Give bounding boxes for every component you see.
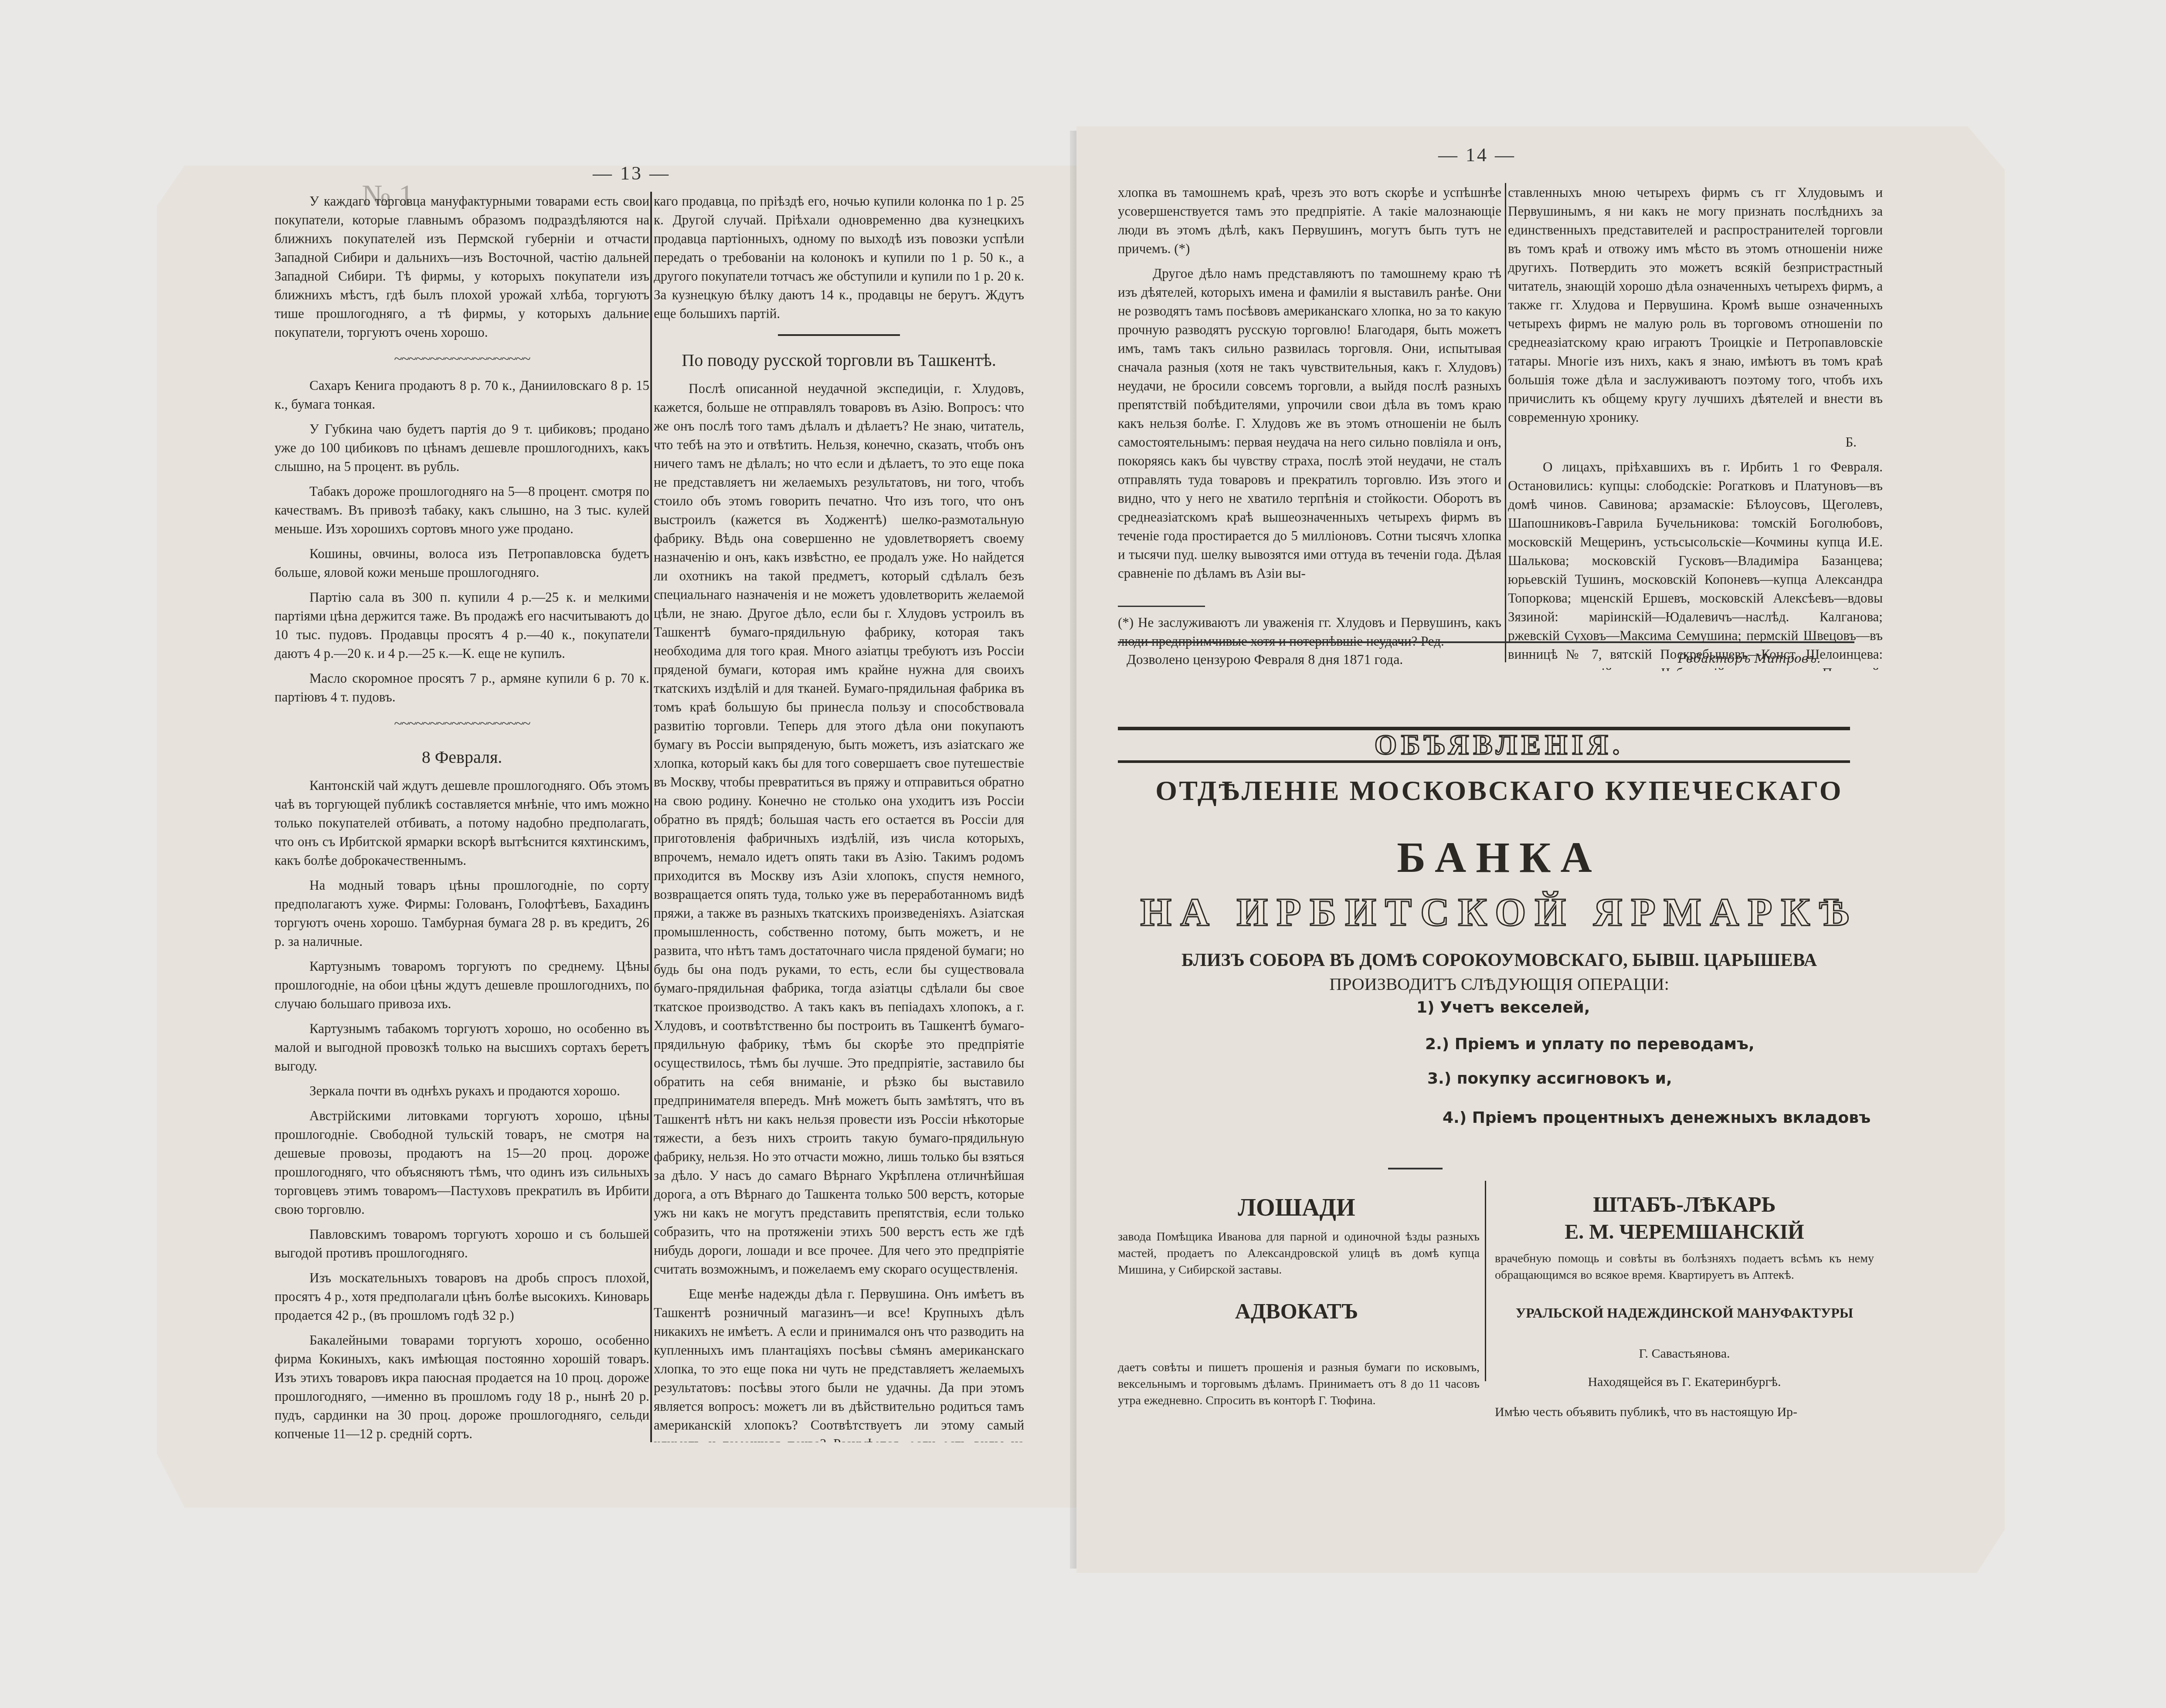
bank-title-line2: БАНКА — [1116, 832, 1883, 882]
article-paragraph: Масло скоромное просятъ 7 р., армяне куп… — [275, 669, 649, 706]
arrivals-list: О лицахъ, пріѣхавшихъ въ г. Ирбить 1 го … — [1508, 457, 1883, 671]
page13-column-2: каго продавца, по пріѣздѣ его, ночью куп… — [654, 192, 1024, 1442]
article-paragraph: Кантонскій чай ждутъ дешевле прошлогодня… — [275, 776, 649, 870]
bank-operations-heading: ПРОИЗВОДИТЪ СЛѢДУЮЩІЯ ОПЕРАЦІИ: — [1116, 974, 1883, 994]
manufactory-ad-title: УРАЛЬСКОЙ НАДЕЖДИНСКОЙ МАНУФАКТУРЫ — [1488, 1305, 1881, 1321]
article-paragraph: ставленныхъ мною четырехъ фирмъ съ гг Хл… — [1508, 183, 1883, 427]
column-rule — [1505, 183, 1506, 662]
bank-operation-2: 2.) Пріемъ и уплату по переводамъ, — [1425, 1035, 1755, 1053]
column-rule — [650, 192, 652, 1442]
article-paragraph: Еще менѣе надежды дѣла г. Первушина. Онъ… — [654, 1284, 1024, 1442]
horses-ad-title: ЛОШАДИ — [1118, 1194, 1475, 1222]
bank-operation-3: 3.) покупку ассигновокъ и, — [1427, 1070, 1672, 1088]
article-paragraph: Партію сала въ 300 п. купили 4 р.—25 к. … — [275, 588, 649, 663]
bank-title-line3: НА ИРБИТСКОЙ ЯРМАРКѢ — [1116, 889, 1883, 935]
section-heading-date: 8 Февраля. — [275, 748, 649, 766]
article-paragraph: Картузнымъ табакомъ торгуютъ хорошо, но … — [275, 1019, 649, 1075]
article-paragraph: Павловскимъ товаромъ торгуютъ хорошо и с… — [275, 1225, 649, 1262]
ads-column-rule — [1485, 1181, 1486, 1381]
censorship-note: Дозволено цензурою Февраля 8 дня 1871 го… — [1127, 651, 1403, 668]
article-paragraph: Другое дѣло намъ представляютъ по тамошн… — [1118, 264, 1501, 583]
page-number-13: — 13 — — [593, 162, 670, 184]
article-headline: По поводу русской торговли въ Ташкентѣ. — [654, 351, 1024, 369]
article-paragraph: Послѣ описанной неудачной экспедиціи, г.… — [654, 379, 1024, 1278]
article-paragraph: У Губкина чаю будетъ партія до 9 т. циби… — [275, 420, 649, 476]
bank-operation-1: 1) Учетъ векселей, — [1416, 999, 1590, 1017]
doctor-ad-text: врачебную помощь и совѣты въ болѣзняхъ п… — [1495, 1250, 1874, 1284]
bank-address: БЛИЗЪ СОБОРА ВЪ ДОМѢ СОРОКОУМОВСКАГО, БЫ… — [1116, 950, 1883, 971]
article-paragraph: хлопка въ тамошнемъ краѣ, чрезъ это вотъ… — [1118, 183, 1501, 258]
article-paragraph: Табакъ дороже прошлогодняго на 5—8 проце… — [275, 482, 649, 538]
manufactory-location: Находящейся въ Г. Екатеринбургѣ. — [1488, 1375, 1881, 1389]
lawyer-ad-title: АДВОКАТЪ — [1118, 1298, 1475, 1324]
editor-name: Редакторъ Митровъ. — [1678, 651, 1820, 666]
ads-bottom-rule — [1118, 760, 1850, 763]
editor-footnote: (*) Не заслуживаютъ ли уваженія гг. Хлуд… — [1118, 613, 1501, 651]
doctor-ad-name: Е. М. ЧЕРЕМШАНСКІЙ — [1488, 1220, 1881, 1244]
author-signature: Б. — [1508, 433, 1883, 451]
article-paragraph: каго продавца, по пріѣздѣ его, ночью куп… — [654, 192, 1024, 323]
horses-ad-text: завода Помѣщика Иванова для парной и оди… — [1118, 1229, 1480, 1278]
ornament-rule — [1388, 1168, 1443, 1169]
article-paragraph: У каждаго торговца мануфактурными товара… — [275, 192, 649, 342]
footnote-rule — [1118, 606, 1205, 607]
page13-column-1: У каждаго торговца мануфактурными товара… — [275, 192, 649, 1442]
lawyer-ad-text: даетъ совѣты и пишетъ прошенія и разныя … — [1118, 1359, 1480, 1409]
manufactory-ad-text: Имѣю честь объявить публикѣ, что въ наст… — [1495, 1401, 1874, 1423]
manufactory-owner: Г. Савастьянова. — [1488, 1346, 1881, 1361]
short-rule — [778, 334, 900, 336]
editor-footnote-block: (*) Не заслуживаютъ ли уваженія гг. Хлуд… — [1118, 606, 1501, 693]
ads-section-title: ОБЪЯВЛЕНІЯ. — [1116, 729, 1883, 762]
article-paragraph: Зеркала почти въ однѣхъ рукахъ и продают… — [275, 1081, 649, 1100]
article-paragraph: Сахаръ Кенига продаютъ 8 р. 70 к., Дании… — [275, 376, 649, 413]
bank-title-line1: ОТДѢЛЕНІЕ МОСКОВСКАГО КУПЕЧЕСКАГО — [1116, 775, 1883, 807]
page14-column-2: ставленныхъ мною четырехъ фирмъ съ гг Хл… — [1508, 183, 1883, 671]
article-paragraph: Австрійскими литовками торгуютъ хорошо, … — [275, 1106, 649, 1219]
article-paragraph: Кошины, овчины, волоса изъ Петропавловск… — [275, 544, 649, 582]
wavy-divider: ~~~~~~~~~~~~~~~~~~~ — [275, 714, 649, 733]
doctor-ad-title: ШТАБЪ-ЛѢКАРЬ — [1488, 1192, 1881, 1217]
page-number-14: — 14 — — [1438, 144, 1516, 166]
article-paragraph: Изъ москательныхъ товаровъ на дробь спро… — [275, 1268, 649, 1325]
wavy-divider: ~~~~~~~~~~~~~~~~~~~ — [275, 349, 649, 368]
bank-operation-4: 4.) Пріемъ процентныхъ денежныхъ вкладов… — [1443, 1109, 1871, 1127]
article-paragraph: На модный товаръ цѣны прошлогодніе, по с… — [275, 876, 649, 951]
page-rule — [1118, 641, 1854, 643]
article-paragraph: Картузнымъ товаромъ торгуютъ по среднему… — [275, 957, 649, 1013]
article-paragraph: Бакалейными товарами торгуютъ хорошо, ос… — [275, 1331, 649, 1442]
